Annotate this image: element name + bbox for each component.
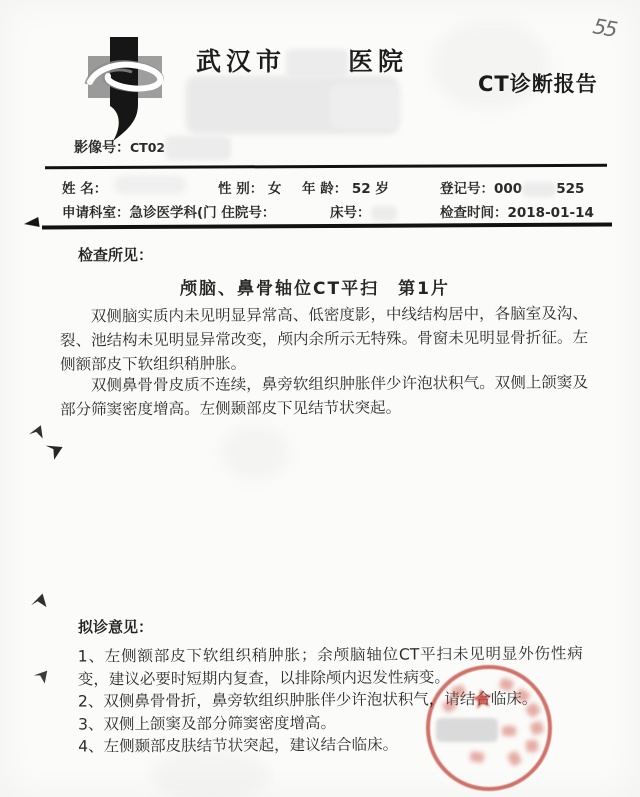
ct-report-page: 55 武汉市医院 CT诊断报告 影像号：CT02 姓 名： 性 别： 女 年 龄… <box>0 0 640 797</box>
patient-age: 年 龄： 52 岁 <box>302 177 389 197</box>
exam-time-value: 2018-01-14 <box>508 205 594 221</box>
age-unit: 岁 <box>375 181 389 197</box>
dept-value: 急诊医学科(门 <box>130 205 217 221</box>
ink-mark-artifact <box>29 666 53 693</box>
patient-name-label: 姓 名： <box>62 177 107 197</box>
ink-mark-artifact <box>27 423 47 446</box>
age-value: 52 <box>352 181 371 197</box>
reg-label: 登记号： <box>440 181 494 197</box>
image-number-redaction <box>165 136 231 160</box>
findings-section-label: 检查所见： <box>78 244 153 265</box>
hospital-logo-icon <box>80 32 172 144</box>
exam-time-label: 检查时间： <box>440 205 508 221</box>
image-number-row: 影像号：CT02 <box>74 136 231 160</box>
image-number-value: CT02 <box>130 140 165 155</box>
handwritten-page-number: 55 <box>591 14 618 42</box>
hospital-name-prefix: 武汉市 <box>196 47 286 76</box>
seal-star-icon: ★ <box>468 682 496 716</box>
exam-time: 检查时间：2018-01-14 <box>440 201 594 221</box>
report-title: CT诊断报告 <box>478 68 598 98</box>
divider-rule-top <box>45 164 607 169</box>
seal-text-smudge <box>525 739 538 752</box>
divider-rule-bottom <box>42 223 612 229</box>
seal-text-smudge <box>502 726 516 736</box>
impression-section-label: 拟诊意见： <box>78 616 153 637</box>
ink-mark-artifact <box>28 591 51 618</box>
findings-paragraph: 双侧脑实质内未见明显异常高、低密度影，中线结构居中，各脑室及沟、裂、池结构未见明… <box>60 301 588 376</box>
hospital-name: 武汉市医院 <box>196 42 408 78</box>
request-dept: 申请科室：急诊医学科(门 住院号： <box>62 201 275 221</box>
header-redaction-blob <box>330 84 400 130</box>
scan-smudge <box>220 425 290 480</box>
reg-prefix: 000 <box>494 181 522 197</box>
reg-suffix: 525 <box>556 181 584 197</box>
hospital-name-suffix: 医院 <box>348 47 408 76</box>
inpatient-no-label: 住院号： <box>221 205 275 221</box>
bed-redaction <box>371 206 397 221</box>
gender-value: 女 <box>268 181 282 197</box>
patient-reg-no: 登记号：000525 <box>440 177 584 197</box>
ink-arrow-artifact <box>23 217 39 229</box>
dept-label: 申请科室： <box>62 205 130 221</box>
bed-label: 床号： <box>330 205 371 221</box>
bed-no: 床号： <box>330 201 397 221</box>
patient-gender: 性 别： 女 <box>218 177 281 197</box>
seal-redaction-bar <box>436 718 498 742</box>
reg-redaction <box>522 182 556 197</box>
exam-subtitle: 颅脑、鼻骨轴位CT平扫 第1片 <box>180 274 450 299</box>
gender-label: 性 别： <box>218 181 263 197</box>
age-label: 年 龄： <box>302 181 347 197</box>
patient-name-redaction <box>114 176 186 194</box>
image-number-label: 影像号： <box>74 140 130 156</box>
findings-paragraph: 双侧鼻骨骨皮质不连续，鼻旁软组织肿胀伴少许泡状积气。双侧上颌窦及部分筛窦密度增高… <box>60 370 588 421</box>
hospital-name-redaction <box>286 49 348 77</box>
